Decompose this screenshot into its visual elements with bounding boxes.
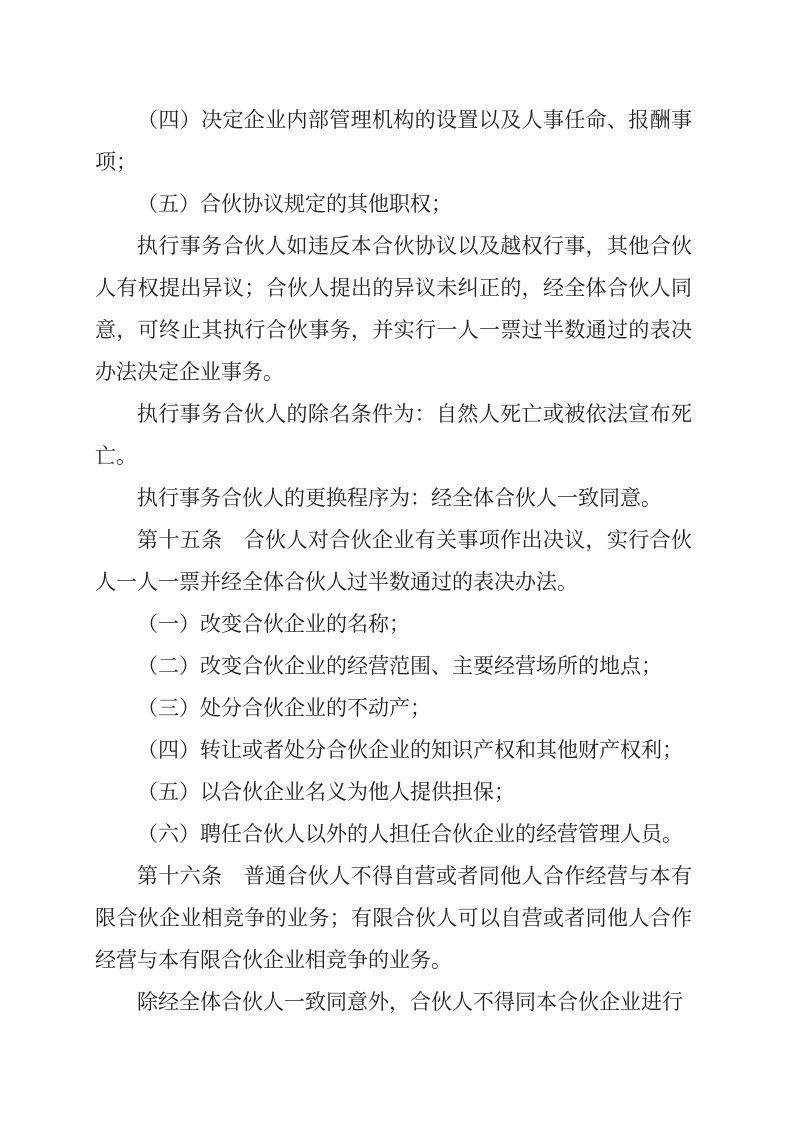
paragraph-removal-condition: 执行事务合伙人的除名条件为：自然人死亡或被依法宣布死亡。: [95, 393, 692, 477]
paragraph-item-1-name-change: （一）改变合伙企业的名称；: [95, 603, 692, 645]
document-page: （四）决定企业内部管理机构的设置以及人事任命、报酬事项； （五）合伙协议规定的其…: [0, 0, 793, 1122]
paragraph-item-5-other-powers: （五）合伙协议规定的其他职权；: [95, 183, 692, 225]
paragraph-item-2-scope-change: （二）改变合伙企业的经营范围、主要经营场所的地点；: [95, 645, 692, 687]
paragraph-item-5-guarantee: （五）以合伙企业名义为他人提供担保；: [95, 771, 692, 813]
paragraph-article-16: 第十六条 普通合伙人不得自营或者同他人合作经营与本有限合伙企业相竞争的业务；有限…: [95, 855, 692, 981]
paragraph-item-3-real-estate: （三）处分合伙企业的不动产；: [95, 687, 692, 729]
paragraph-objection-rule: 执行事务合伙人如违反本合伙协议以及越权行事，其他合伙人有权提出异议；合伙人提出的…: [95, 225, 692, 393]
paragraph-item-6-hire-manager: （六）聘任合伙人以外的人担任合伙企业的经营管理人员。: [95, 813, 692, 855]
paragraph-item-4-ip-rights: （四）转让或者处分合伙企业的知识产权和其他财产权利；: [95, 729, 692, 771]
paragraph-replacement-procedure: 执行事务合伙人的更换程序为：经全体合伙人一致同意。: [95, 477, 692, 519]
document-body: （四）决定企业内部管理机构的设置以及人事任命、报酬事项； （五）合伙协议规定的其…: [95, 99, 692, 1023]
paragraph-item-4-management: （四）决定企业内部管理机构的设置以及人事任命、报酬事项；: [95, 99, 692, 183]
paragraph-transaction-consent: 除经全体合伙人一致同意外，合伙人不得同本合伙企业进行: [95, 981, 692, 1023]
paragraph-article-15: 第十五条 合伙人对合伙企业有关事项作出决议，实行合伙人一人一票并经全体合伙人过半…: [95, 519, 692, 603]
